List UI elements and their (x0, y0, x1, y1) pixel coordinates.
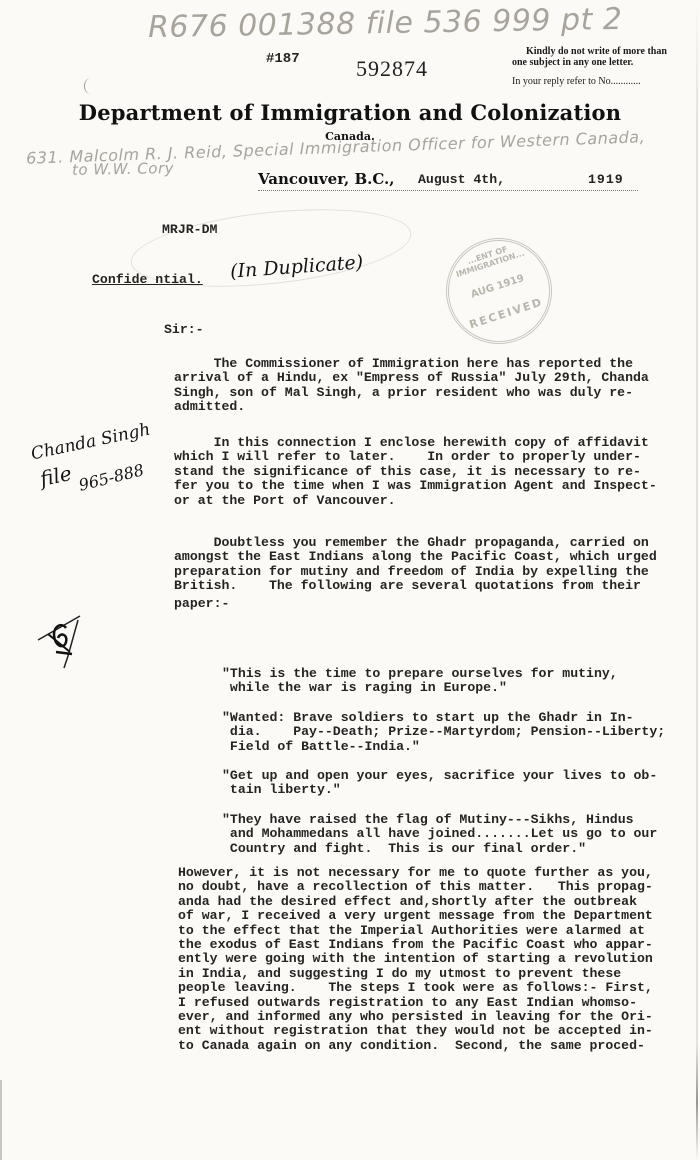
quotation-line: while the war is raging in Europe." (222, 681, 618, 695)
quotation-line: "Get up and open your eyes, sacrifice yo… (222, 769, 657, 783)
quotation-2: "Wanted: Brave soldiers to start up the … (222, 711, 665, 754)
paragraph-2: In this connection I enclose herewith co… (174, 436, 657, 508)
paragraph-line: In this connection I enclose herewith co… (174, 436, 657, 450)
paragraph-line: which I will refer to later. In order to… (174, 450, 657, 464)
paragraph-line: Doubtless you remember the Ghadr propaga… (174, 536, 657, 550)
margin-note-line-2: file (38, 461, 74, 491)
closing-paragraph: However, it is not necessary for me to q… (178, 866, 653, 1053)
paragraph-line: ever, and informed any who persisted in … (178, 1010, 653, 1024)
quotation-line: and Mohammedans all have joined.......Le… (222, 827, 657, 841)
paragraph-line: ent without registration that they would… (178, 1024, 653, 1038)
paragraph-line: or at the Port of Vancouver. (174, 494, 657, 508)
received-stamp: ...ENT OF IMMIGRATION... AUG 1919 RECEIV… (432, 224, 566, 358)
classification: Confide ntial. (92, 273, 203, 287)
date: August 4th, (418, 173, 505, 187)
place: Vancouver, B.C., (258, 170, 394, 188)
paragraph-line: of war, I received a very urgent message… (178, 909, 653, 923)
paragraph-line: to the effect that the Imperial Authorit… (178, 924, 653, 938)
page-edge (696, 0, 698, 1160)
paragraph-line: to Canada again on any condition. Second… (178, 1039, 653, 1053)
notice-block: Kindly do not write of more than one sub… (512, 46, 700, 87)
paragraph-line: arrival of a Hindu, ex "Empress of Russi… (174, 371, 649, 385)
notice-line-1: Kindly do not write of more than (512, 46, 700, 57)
paragraph-line: Singh, son of Mal Singh, a prior residen… (174, 386, 649, 400)
paragraph-line: preparation for mutiny and freedom of In… (174, 565, 657, 579)
paragraph-line: stand the significance of this case, it … (174, 465, 657, 479)
paragraph-line: ently were going with the intention of s… (178, 952, 653, 966)
quotation-line: "This is the time to prepare ourselves f… (222, 667, 618, 681)
paragraph-line: The Commissioner of Immigration here has… (174, 357, 649, 371)
archival-reference: R676 001388 file 536 999 pt 2 (148, 2, 623, 45)
margin-initials-mark (28, 612, 88, 682)
quotation-line: "Wanted: Brave soldiers to start up the … (222, 711, 665, 725)
paragraph-line: However, it is not necessary for me to q… (178, 866, 653, 880)
paragraph-3: Doubtless you remember the Ghadr propaga… (174, 536, 657, 611)
paragraph-line: anda had the desired effect and,shortly … (178, 895, 653, 909)
date-line: Vancouver, B.C., August 4th, 1919 (258, 170, 638, 191)
quotation-line: "They have raised the flag of Mutiny---S… (222, 813, 657, 827)
paragraph-line: I refused outwards registration to any E… (178, 996, 653, 1010)
margin-note-line-1: Chanda Singh (29, 420, 152, 465)
department-heading: Department of Immigration and Colonizati… (0, 100, 700, 125)
paragraph-line: British. The following are several quota… (174, 579, 657, 593)
quotation-line: tain liberty." (222, 783, 657, 797)
paragraph-line: people leaving. The steps I took were as… (178, 981, 653, 995)
pencil-mark (84, 78, 97, 94)
salutation: Sir:- (164, 323, 204, 337)
stamp-number: 592874 (356, 56, 428, 82)
paragraph-line: fer you to the time when I was Immigrati… (174, 479, 657, 493)
quotation-3: "Get up and open your eyes, sacrifice yo… (222, 769, 657, 798)
paragraph-1: The Commissioner of Immigration here has… (174, 357, 649, 415)
paragraph-line: the exodus of East Indians from the Paci… (178, 938, 653, 952)
paragraph-line: paper:- (174, 597, 657, 611)
page-edge-left (0, 1080, 2, 1160)
reference-initials: MRJR-DM (162, 223, 217, 237)
notice-line-2: one subject in any one letter. (512, 57, 700, 68)
quotation-line: dia. Pay--Death; Prize--Martyrdom; Pensi… (222, 725, 665, 739)
reply-reference: In your reply refer to No............ (512, 76, 700, 87)
letter-number: #187 (266, 52, 300, 66)
quotation-4: "They have raised the flag of Mutiny---S… (222, 813, 657, 856)
margin-note-line-3: 965-888 (77, 460, 146, 495)
pencil-annotation-line-2: to W.W. Cory (72, 159, 174, 179)
year: 1919 (588, 173, 624, 187)
paragraph-line: admitted. (174, 400, 649, 414)
quotation-1: "This is the time to prepare ourselves f… (222, 667, 618, 696)
paragraph-line: no doubt, have a recollection of this ma… (178, 880, 653, 894)
paragraph-line: amongst the East Indians along the Pacif… (174, 550, 657, 564)
quotation-line: Field of Battle--India." (222, 740, 665, 754)
paragraph-line: in India, and suggesting I do my utmost … (178, 967, 653, 981)
quotation-line: Country and fight. This is our final ord… (222, 842, 657, 856)
